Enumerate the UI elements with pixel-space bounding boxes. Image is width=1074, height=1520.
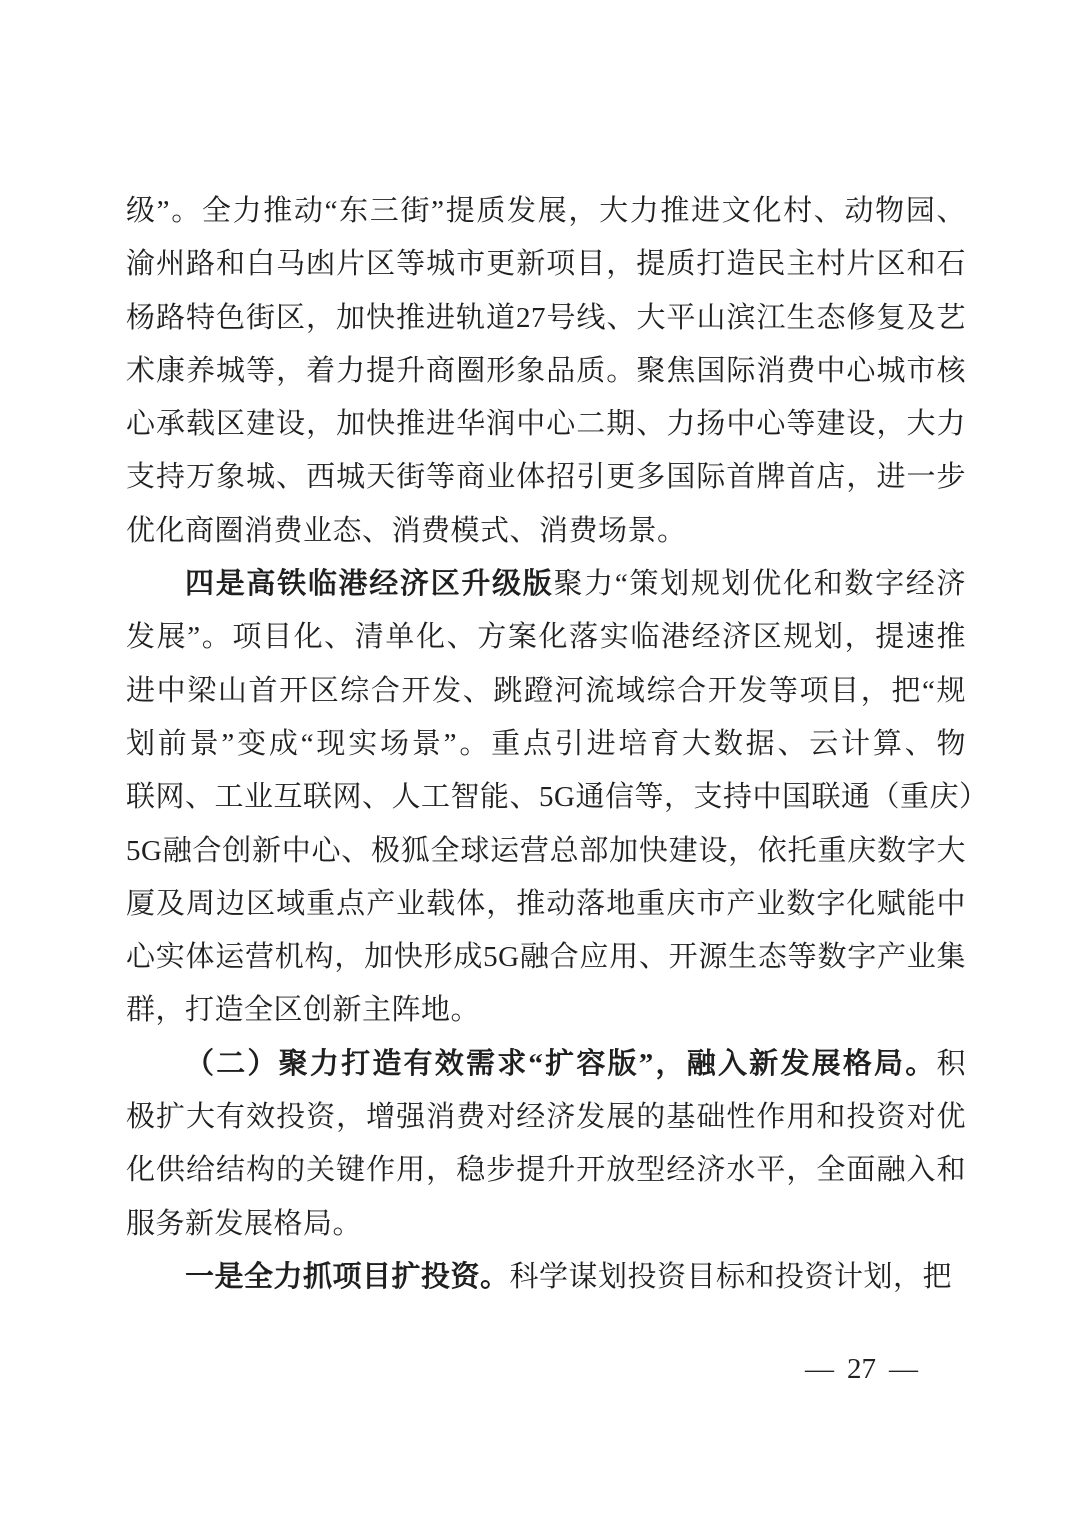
- text-line: 发展”。项目化、清单化、方案化落实临港经济区规划，提速推: [126, 611, 966, 664]
- text-line: 四是高铁临港经济区升级版聚力“策划规划优化和数字经济: [126, 558, 966, 611]
- text-line: 厦及周边区域重点产业载体，推动落地重庆市产业数字化赋能中: [126, 878, 966, 931]
- text-line: 级”。全力推动“东三街”提质发展，大力推进文化村、动物园、: [126, 185, 966, 238]
- text-line: 划前景”变成“现实场景”。重点引进培育大数据、云计算、物: [126, 718, 966, 771]
- text-line: 支持万象城、西城天街等商业体招引更多国际首牌首店，进一步: [126, 451, 966, 504]
- line-text: 划前景”变成“现实场景”。重点引进培育大数据、云计算、物: [126, 728, 966, 760]
- text-line: 杨路特色街区，加快推进轨道27号线、大平山滨江生态修复及艺: [126, 292, 966, 345]
- line-text: 5G融合创新中心、极狐全球运营总部加快建设，依托重庆数字大: [126, 835, 966, 867]
- line-text: 积: [936, 1048, 966, 1080]
- text-line: 一是全力抓项目扩投资。科学谋划投资目标和投资计划，把: [126, 1251, 966, 1304]
- text-line: （二）聚力打造有效需求“扩容版”，融入新发展格局。积: [126, 1038, 966, 1091]
- line-text: 渝州路和白马凼片区等城市更新项目，提质打造民主村片区和石: [126, 248, 966, 280]
- text-line: 术康养城等，着力提升商圈形象品质。聚焦国际消费中心城市核: [126, 345, 966, 398]
- text-line: 心承载区建设，加快推进华润中心二期、力扬中心等建设，大力: [126, 398, 966, 451]
- text-line: 心实体运营机构，加快形成5G融合应用、开源生态等数字产业集: [126, 931, 966, 984]
- line-text: 化供给结构的关键作用，稳步提升开放型经济水平，全面融入和: [126, 1154, 966, 1186]
- section-heading: 四是高铁临港经济区升级版: [185, 568, 553, 600]
- page-number: 27: [847, 1353, 876, 1385]
- text-line: 联网、工业互联网、人工智能、5G通信等，支持中国联通（重庆）: [126, 771, 966, 824]
- text-line: 化供给结构的关键作用，稳步提升开放型经济水平，全面融入和: [126, 1144, 966, 1197]
- line-text: 厦及周边区域重点产业载体，推动落地重庆市产业数字化赋能中: [126, 888, 966, 920]
- line-text: 服务新发展格局。: [126, 1208, 362, 1240]
- line-text: 优化商圈消费业态、消费模式、消费场景。: [126, 515, 687, 547]
- line-text: 心实体运营机构，加快形成5G融合应用、开源生态等数字产业集: [126, 941, 966, 973]
- line-text: 聚力“策划规划优化和数字经济: [553, 568, 966, 600]
- line-text: 进中梁山首开区综合开发、跳蹬河流域综合开发等项目，把“规: [126, 675, 966, 707]
- line-text: 群，打造全区创新主阵地。: [126, 994, 480, 1026]
- line-text: 发展”。项目化、清单化、方案化落实临港经济区规划，提速推: [126, 621, 966, 653]
- page-footer: —27—: [805, 1352, 918, 1386]
- document-page: 级”。全力推动“东三街”提质发展，大力推进文化村、动物园、 渝州路和白马凼片区等…: [0, 0, 1074, 1520]
- line-text: 术康养城等，着力提升商圈形象品质。聚焦国际消费中心城市核: [126, 355, 966, 387]
- text-line: 优化商圈消费业态、消费模式、消费场景。: [126, 505, 966, 558]
- footer-dash-left: —: [805, 1353, 834, 1385]
- line-text: 支持万象城、西城天街等商业体招引更多国际首牌首店，进一步: [126, 461, 966, 493]
- text-line: 5G融合创新中心、极狐全球运营总部加快建设，依托重庆数字大: [126, 825, 966, 878]
- text-line: 极扩大有效投资，增强消费对经济发展的基础性作用和投资对优: [126, 1091, 966, 1144]
- text-line: 渝州路和白马凼片区等城市更新项目，提质打造民主村片区和石: [126, 238, 966, 291]
- line-text: 联网、工业互联网、人工智能、5G通信等，支持中国联通（重庆）: [126, 781, 988, 813]
- text-line: 服务新发展格局。: [126, 1198, 966, 1251]
- line-text: 科学谋划投资目标和投资计划，把: [510, 1261, 953, 1293]
- section-heading: （二）聚力打造有效需求“扩容版”，融入新发展格局。: [185, 1048, 936, 1080]
- footer-dash-right: —: [889, 1353, 918, 1385]
- line-text: 极扩大有效投资，增强消费对经济发展的基础性作用和投资对优: [126, 1101, 966, 1133]
- text-line: 进中梁山首开区综合开发、跳蹬河流域综合开发等项目，把“规: [126, 665, 966, 718]
- text-line: 群，打造全区创新主阵地。: [126, 984, 966, 1037]
- line-text: 级”。全力推动“东三街”提质发展，大力推进文化村、动物园、: [126, 195, 966, 227]
- line-text: 心承载区建设，加快推进华润中心二期、力扬中心等建设，大力: [126, 408, 966, 440]
- line-text: 杨路特色街区，加快推进轨道27号线、大平山滨江生态修复及艺: [126, 302, 966, 334]
- document-body: 级”。全力推动“东三街”提质发展，大力推进文化村、动物园、 渝州路和白马凼片区等…: [126, 185, 966, 1304]
- section-heading: 一是全力抓项目扩投资。: [185, 1261, 510, 1293]
